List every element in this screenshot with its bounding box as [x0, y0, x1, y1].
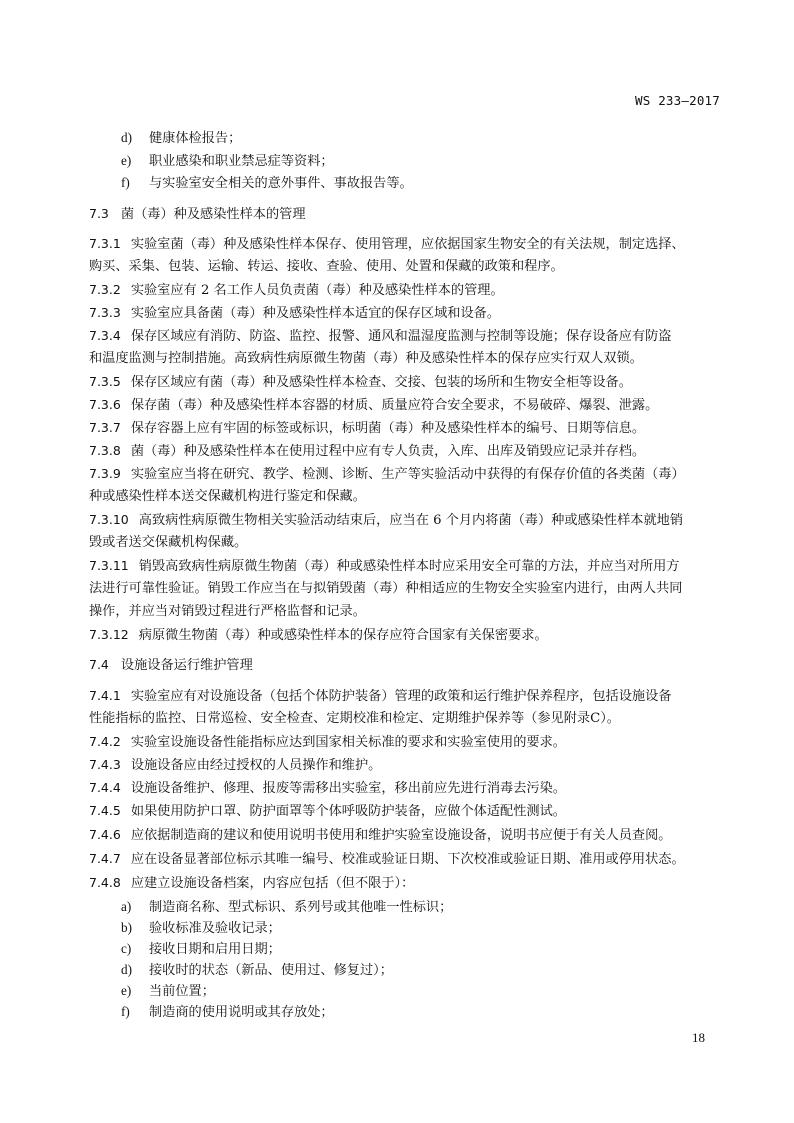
clause-7-4-7: 7.4.7应在设备显著部位标示其唯一编号、校准或验证日期、下次校准或验证日期、准…	[89, 850, 685, 869]
clause-7-3-8: 7.3.8菌（毒）种及感染性样本在使用过程中应有专人负责，入库、出库及销毁应记录…	[89, 442, 645, 461]
clause-7-3-6: 7.3.6保存菌（毒）种及感染性样本容器的材质、质量应符合安全要求，不易破碎、爆…	[89, 396, 658, 415]
clause-text: 实验室设施设备性能指标应达到国家相关标准的要求和实验室使用的要求。	[131, 735, 566, 750]
list-letter: b)	[121, 919, 149, 937]
clause-text: 应依据制造商的建议和使用说明书使用和维护实验室设施设备，说明书应便于有关人员查阅…	[131, 828, 672, 843]
clause-number: 7.3.3	[89, 304, 121, 322]
clause-text-continued: 和温度监测与控制措施。高致病性病原微生物菌（毒）种及感染性样本的保存应实行双人双…	[89, 350, 643, 368]
clause-text: 菌（毒）种及感染性样本在使用过程中应有专人负责，入库、出库及销毁应记录并存档。	[131, 444, 645, 459]
clause-text: 设施设备应由经过授权的人员操作和维护。	[131, 758, 382, 773]
clause-number: 7.4.4	[89, 779, 121, 797]
clause-number: 7.3.11	[89, 557, 129, 575]
section-title: 设施设备运行维护管理	[121, 658, 253, 673]
list-item: f)制造商的使用说明或其存放处；	[121, 1003, 334, 1022]
clause-number: 7.3.6	[89, 396, 121, 414]
standard-code-header: WS 233—2017	[635, 93, 720, 108]
clause-7-3-5: 7.3.5保存区域应有菌（毒）种及感染性样本检查、交接、包装的场所和生物安全柜等…	[89, 373, 632, 392]
list-letter: d)	[121, 961, 149, 979]
section-heading-7-4: 7.4设施设备运行维护管理	[89, 656, 253, 675]
clause-number: 7.3.10	[89, 511, 129, 529]
clause-number: 7.4.3	[89, 756, 121, 774]
list-letter: c)	[121, 940, 149, 958]
clause-number: 7.3.8	[89, 442, 121, 460]
clause-number: 7.3.9	[89, 465, 121, 483]
list-item: e)职业感染和职业禁忌症等资料；	[121, 152, 334, 171]
list-letter: d)	[121, 129, 149, 147]
clause-number: 7.3.7	[89, 419, 121, 437]
list-letter: f)	[121, 1003, 149, 1021]
clause-7-3-7: 7.3.7保存容器上应有牢固的标签或标识，标明菌（毒）种及感染性样本的编号、日期…	[89, 419, 645, 438]
clause-text-continued: 法进行可靠性验证。销毁工作应当在与拟销毁菌（毒）种相适应的生物安全实验室内进行，…	[89, 580, 682, 598]
list-text: 健康体检报告；	[149, 131, 241, 146]
list-text: 接收时的状态（新品、使用过、修复过）；	[149, 963, 393, 978]
clause-text: 实验室应当将在研究、教学、检测、诊断、生产等实验活动中获得的有保存价值的各类菌（…	[131, 467, 685, 482]
list-letter: e)	[121, 152, 149, 170]
clause-text: 应建立设施设备档案，内容应包括（但不限于）：	[131, 876, 415, 891]
list-item: c)接收日期和启用日期；	[121, 940, 281, 959]
clause-number: 7.3.1	[89, 235, 121, 253]
clause-text: 病原微生物菌（毒）种或感染性样本的保存应符合国家有关保密要求。	[139, 628, 548, 643]
clause-7-3-4: 7.3.4保存区域应有消防、防盗、监控、报警、通风和温湿度监测与控制等设施；保存…	[89, 327, 672, 346]
list-text: 接收日期和启用日期；	[149, 942, 281, 957]
list-item: a)制造商名称、型式标识、系列号或其他唯一性标识；	[121, 898, 452, 917]
clause-7-4-3: 7.4.3设施设备应由经过授权的人员操作和维护。	[89, 756, 381, 775]
clause-number: 7.3.12	[89, 626, 129, 644]
clause-number: 7.4.7	[89, 850, 121, 868]
clause-number: 7.4.1	[89, 687, 121, 705]
clause-text: 实验室菌（毒）种及感染性样本保存、使用管理，应依据国家生物安全的有关法规，制定选…	[131, 237, 685, 252]
clause-text-continued: 种或感染性样本送交保藏机构进行鉴定和保藏。	[89, 488, 366, 506]
list-text: 职业感染和职业禁忌症等资料；	[149, 154, 334, 169]
clause-text: 保存菌（毒）种及感染性样本容器的材质、质量应符合安全要求，不易破碎、爆裂、泄露。	[131, 398, 659, 413]
clause-text: 如果使用防护口罩、防护面罩等个体呼吸防护装备，应做个体适配性测试。	[131, 804, 566, 819]
clause-7-3-1: 7.3.1实验室菌（毒）种及感染性样本保存、使用管理，应依据国家生物安全的有关法…	[89, 235, 685, 254]
clause-text: 实验室应有对设施设备（包括个体防护装备）管理的政策和运行维护保养程序，包括设施设…	[131, 689, 672, 704]
clause-number: 7.3.4	[89, 327, 121, 345]
clause-text: 销毁高致病性病原微生物菌（毒）种或感染性样本时应采用安全可靠的方法，并应当对所用…	[139, 559, 680, 574]
clause-number: 7.4.8	[89, 874, 121, 892]
list-item: e)当前位置；	[121, 982, 215, 1001]
clause-text: 设施设备维护、修理、报废等需移出实验室，移出前应先进行消毒去污染。	[131, 781, 566, 796]
clause-7-3-12: 7.3.12病原微生物菌（毒）种或感染性样本的保存应符合国家有关保密要求。	[89, 626, 548, 645]
list-text: 与实验室安全相关的意外事件、事故报告等。	[149, 176, 413, 191]
list-letter: e)	[121, 982, 149, 1000]
clause-number: 7.3.2	[89, 281, 121, 299]
clause-7-3-10: 7.3.10高致病性病原微生物相关实验活动结束后，应当在 6 个月内将菌（毒）种…	[89, 511, 683, 530]
section-title: 菌（毒）种及感染性样本的管理	[121, 207, 306, 222]
list-letter: a)	[121, 898, 149, 916]
section-heading-7-3: 7.3菌（毒）种及感染性样本的管理	[89, 205, 306, 224]
section-number: 7.4	[89, 656, 109, 674]
clause-text-continued: 毁或者送交保藏机构保藏。	[89, 534, 247, 552]
clause-7-4-1: 7.4.1实验室应有对设施设备（包括个体防护装备）管理的政策和运行维护保养程序，…	[89, 687, 672, 706]
list-letter: f)	[121, 174, 149, 192]
list-text: 验收标准及验收记录；	[149, 921, 281, 936]
clause-text: 保存区域应有菌（毒）种及感染性样本检查、交接、包装的场所和生物安全柜等设备。	[131, 375, 632, 390]
list-text: 当前位置；	[149, 984, 215, 999]
list-item: d)健康体检报告；	[121, 129, 241, 148]
clause-7-4-4: 7.4.4设施设备维护、修理、报废等需移出实验室，移出前应先进行消毒去污染。	[89, 779, 566, 798]
clause-number: 7.4.2	[89, 733, 121, 751]
clause-7-3-9: 7.3.9实验室应当将在研究、教学、检测、诊断、生产等实验活动中获得的有保存价值…	[89, 465, 685, 484]
list-text: 制造商的使用说明或其存放处；	[149, 1005, 334, 1020]
clause-text: 实验室应有 2 名工作人员负责菌（毒）种及感染性样本的管理。	[131, 283, 504, 298]
clause-text: 高致病性病原微生物相关实验活动结束后，应当在 6 个月内将菌（毒）种或感染性样本…	[139, 513, 683, 528]
clause-7-3-2: 7.3.2实验室应有 2 名工作人员负责菌（毒）种及感染性样本的管理。	[89, 281, 504, 300]
clause-text: 实验室应具备菌（毒）种及感染性样本适宜的保存区域和设备。	[131, 306, 500, 321]
clause-7-4-6: 7.4.6应依据制造商的建议和使用说明书使用和维护实验室设施设备，说明书应便于有…	[89, 826, 672, 845]
clause-7-4-2: 7.4.2实验室设施设备性能指标应达到国家相关标准的要求和实验室使用的要求。	[89, 733, 566, 752]
clause-number: 7.4.6	[89, 826, 121, 844]
clause-number: 7.4.5	[89, 802, 121, 820]
clause-text-continued: 购买、采集、包装、运输、转运、接收、查验、使用、处置和保藏的政策和程序。	[89, 258, 564, 276]
clause-7-4-8: 7.4.8应建立设施设备档案，内容应包括（但不限于）：	[89, 874, 414, 893]
clause-7-3-11: 7.3.11销毁高致病性病原微生物菌（毒）种或感染性样本时应采用安全可靠的方法，…	[89, 557, 679, 576]
list-item: f)与实验室安全相关的意外事件、事故报告等。	[121, 174, 413, 193]
clause-text-continued: 性能指标的监控、日常巡检、安全检查、定期校准和检定、定期维护保养等（参见附录C）…	[89, 710, 620, 728]
clause-7-4-5: 7.4.5如果使用防护口罩、防护面罩等个体呼吸防护装备，应做个体适配性测试。	[89, 802, 566, 821]
clause-number: 7.3.5	[89, 373, 121, 391]
clause-text: 保存容器上应有牢固的标签或标识，标明菌（毒）种及感染性样本的编号、日期等信息。	[131, 421, 645, 436]
clause-text-continued: 操作，并应当对销毁过程进行严格监督和记录。	[89, 603, 366, 621]
section-number: 7.3	[89, 205, 109, 223]
list-item: b)验收标准及验收记录；	[121, 919, 281, 938]
clause-text: 保存区域应有消防、防盗、监控、报警、通风和温湿度监测与控制等设施；保存设备应有防…	[131, 329, 672, 344]
clause-text: 应在设备显著部位标示其唯一编号、校准或验证日期、下次校准或验证日期、准用或停用状…	[131, 852, 685, 867]
list-item: d)接收时的状态（新品、使用过、修复过）；	[121, 961, 393, 980]
page-number: 18	[692, 1030, 705, 1046]
list-text: 制造商名称、型式标识、系列号或其他唯一性标识；	[149, 900, 452, 915]
clause-7-3-3: 7.3.3实验室应具备菌（毒）种及感染性样本适宜的保存区域和设备。	[89, 304, 500, 323]
